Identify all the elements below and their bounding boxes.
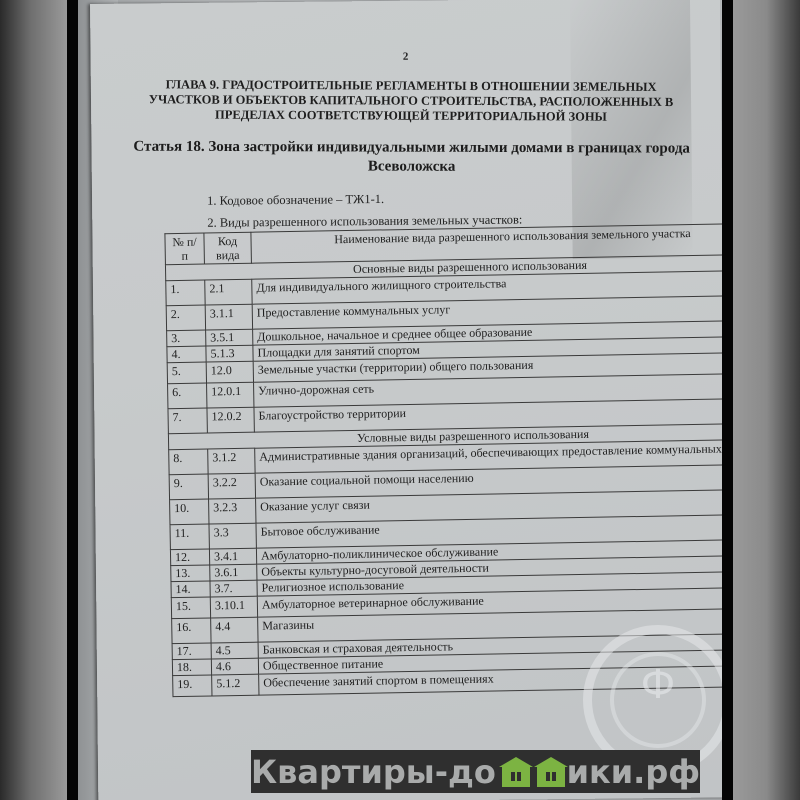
cell-num: 2. <box>166 305 205 331</box>
page-shadow <box>570 0 693 259</box>
cell-code: 3.6.1 <box>210 564 257 581</box>
cell-code: 12.0.2 <box>207 407 254 433</box>
cell-code: 4.6 <box>211 658 258 675</box>
document-photo: 2 ГЛАВА 9. ГРАДОСТРОИТЕЛЬНЫЕ РЕГЛАМЕНТЫ … <box>78 0 722 800</box>
cell-code: 3.1.2 <box>208 448 255 474</box>
cell-code: 3.10.1 <box>210 596 257 618</box>
cell-code: 3.7. <box>210 580 257 597</box>
cell-num: 4. <box>167 346 206 363</box>
cell-num: 5. <box>167 362 206 384</box>
site-name-prefix: Квартиры-до <box>251 753 496 791</box>
page-number: 2 <box>91 47 721 66</box>
house-logo-icon <box>497 757 530 787</box>
cell-num: 7. <box>168 408 207 434</box>
cell-code: 5.1.3 <box>206 345 253 362</box>
cell-num: 10. <box>170 499 209 525</box>
cell-num: 11. <box>170 524 209 550</box>
cell-num: 14. <box>171 581 210 598</box>
header-num: № п/п <box>165 233 205 265</box>
house-logo-icon <box>532 757 565 787</box>
cell-num: 13. <box>171 565 210 582</box>
left-frame-bar <box>67 0 78 800</box>
cell-num: 12. <box>170 549 209 566</box>
chapter-title: ГЛАВА 9. ГРАДОСТРОИТЕЛЬНЫЕ РЕГЛАМЕНТЫ В … <box>131 77 691 125</box>
cell-code: 5.1.2 <box>212 674 259 696</box>
cell-code: 3.3 <box>209 523 256 549</box>
right-frame-bar <box>722 0 733 800</box>
cell-num: 15. <box>171 597 210 619</box>
cell-num: 17. <box>172 643 211 660</box>
cell-num: 6. <box>168 383 207 409</box>
article-title: Статья 18. Зона застройки индивидуальным… <box>132 138 692 178</box>
cell-num: 19. <box>173 675 212 697</box>
right-frame-gradient <box>733 0 800 800</box>
cell-num: 1. <box>166 280 205 306</box>
cell-num: 18. <box>172 659 211 676</box>
cell-code: 12.0 <box>206 361 253 383</box>
cell-num: 16. <box>172 618 211 644</box>
cell-code: 3.4.1 <box>209 548 256 565</box>
cell-code: 3.5.1 <box>206 329 253 346</box>
cell-num: 3. <box>167 330 206 347</box>
cell-code: 4.4 <box>211 617 258 643</box>
site-name-suffix: ики.рф <box>567 753 700 791</box>
document-page: 2 ГЛАВА 9. ГРАДОСТРОИТЕЛЬНЫЕ РЕГЛАМЕНТЫ … <box>90 0 722 800</box>
cell-num: 8. <box>169 449 208 475</box>
header-code: Код вида <box>204 232 252 264</box>
cell-num: 9. <box>169 474 208 500</box>
site-watermark-banner: Квартиры-до ики.рф <box>251 750 700 793</box>
cell-code: 3.2.3 <box>209 498 256 524</box>
cell-code: 3.2.2 <box>208 473 255 499</box>
cell-code: 12.0.1 <box>207 382 254 408</box>
cell-code: 4.5 <box>211 642 258 659</box>
cell-code: 3.1.1 <box>205 304 252 330</box>
left-frame-gradient <box>0 0 67 800</box>
cell-code: 2.1 <box>205 279 252 305</box>
code-designation: 1. Кодовое обозначение – ТЖ1-1. <box>207 192 384 209</box>
permitted-uses-table: № п/п Код вида Наименование вида разреше… <box>164 223 722 698</box>
